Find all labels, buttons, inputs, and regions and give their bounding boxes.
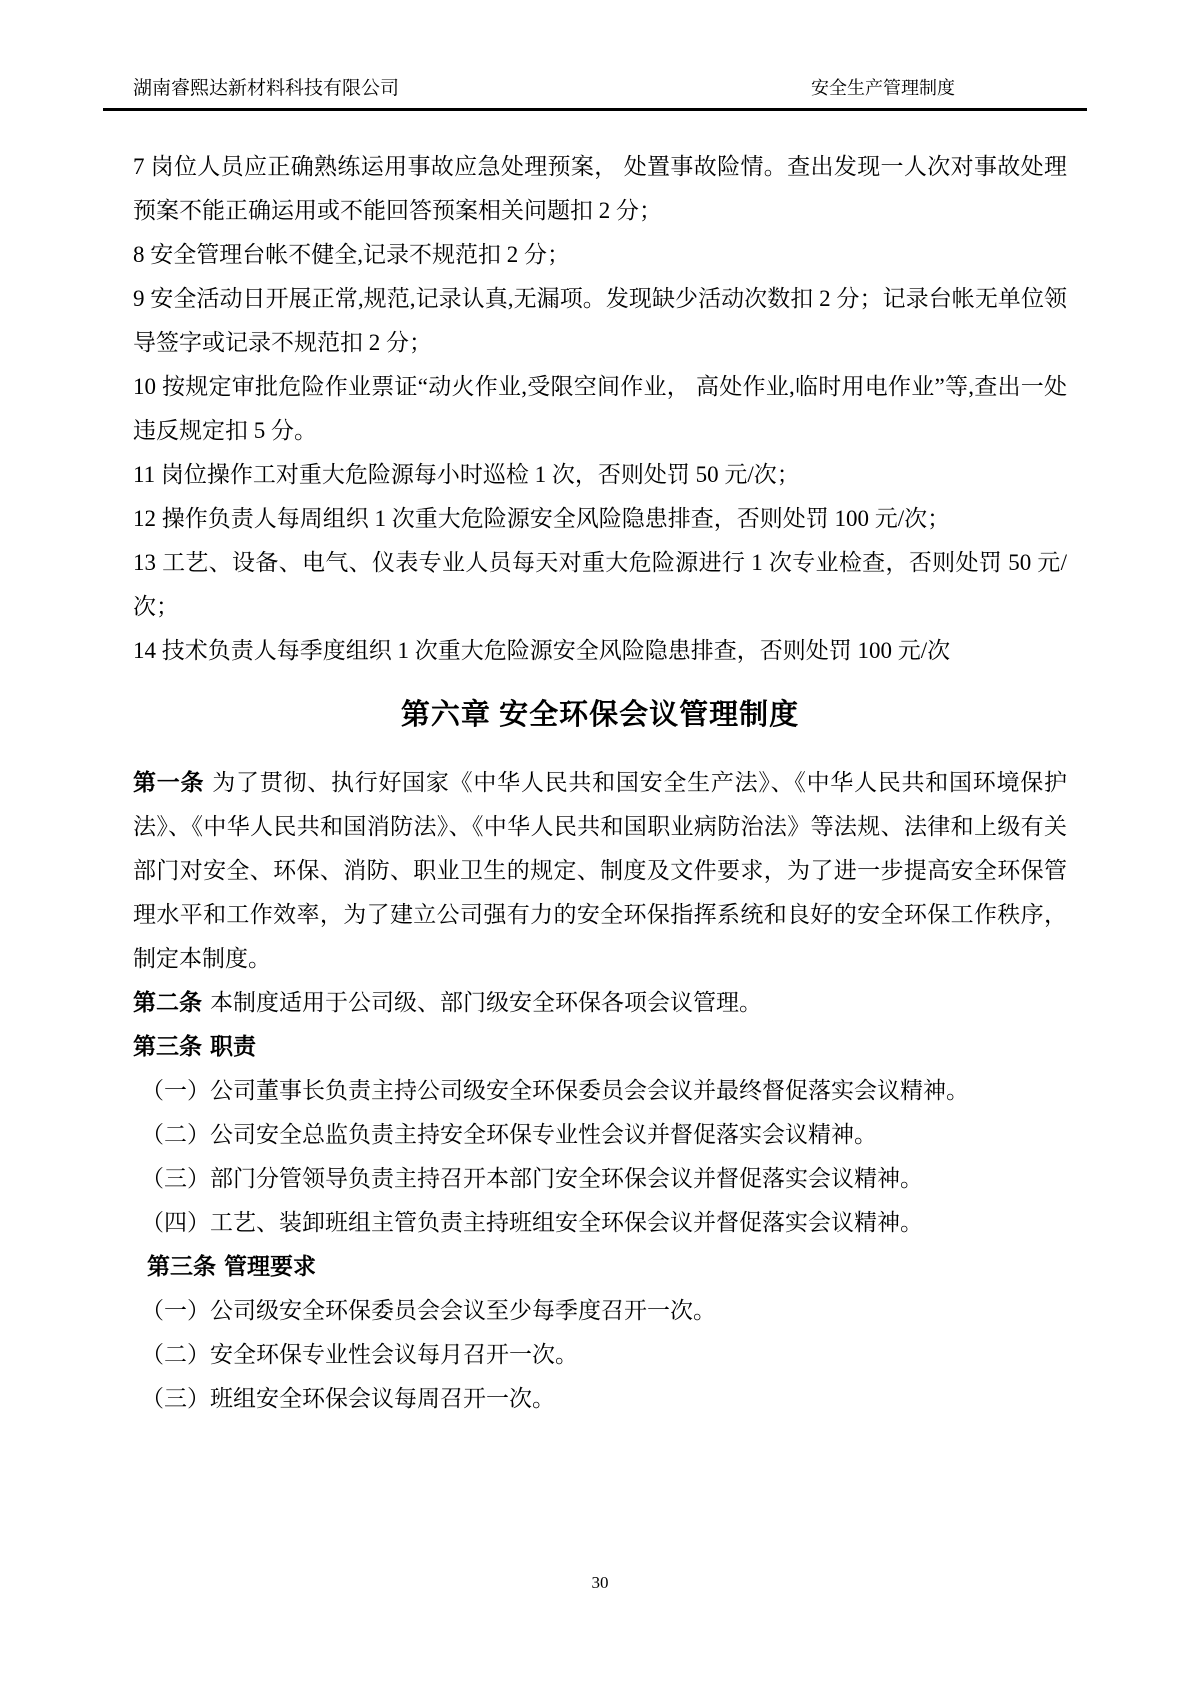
article-4-heading: 第三条管理要求 (133, 1245, 1067, 1289)
article-4-text: 管理要求 (224, 1254, 316, 1279)
document-page: 湖南睿熙达新材料科技有限公司 安全生产管理制度 7 岗位人员应正确熟练运用事故应… (0, 0, 1200, 1697)
document-content: 7 岗位人员应正确熟练运用事故应急处理预案， 处置事故险情。查出发现一人次对事故… (133, 145, 1067, 1421)
article-1: 第一条为了贯彻、执行好国家《中华人民共和国安全生产法》、《中华人民共和国环境保护… (133, 761, 1067, 981)
page-header: 湖南睿熙达新材料科技有限公司 安全生产管理制度 (133, 76, 955, 101)
header-company-name: 湖南睿熙达新材料科技有限公司 (133, 77, 399, 101)
header-rule (103, 108, 1087, 111)
requirement-item: （一）公司级安全环保委员会会议至少每季度召开一次。 (133, 1289, 1067, 1333)
penalty-item: 14 技术负责人每季度组织 1 次重大危险源安全风险隐患排查，否则处罚 100 … (133, 629, 1067, 673)
chapter-title: 第六章 安全环保会议管理制度 (133, 697, 1067, 733)
duty-item-list: （一）公司董事长负责主持公司级安全环保委员会会议并最终督促落实会议精神。（二）公… (133, 1069, 1067, 1245)
article-3-text: 职责 (210, 1034, 256, 1059)
article-1-text: 为了贯彻、执行好国家《中华人民共和国安全生产法》、《中华人民共和国环境保护法》、… (133, 770, 1067, 971)
article-2-label: 第二条 (133, 990, 202, 1015)
duty-item: （二）公司安全总监负责主持安全环保专业性会议并督促落实会议精神。 (133, 1113, 1067, 1157)
penalty-item: 10 按规定审批危险作业票证“动火作业,受限空间作业， 高处作业,临时用电作业”… (133, 365, 1067, 453)
page-footer: 30 (0, 1572, 1200, 1594)
article-3-heading: 第三条职责 (133, 1025, 1067, 1069)
requirement-item: （二）安全环保专业性会议每月召开一次。 (133, 1333, 1067, 1377)
article-2: 第二条本制度适用于公司级、部门级安全环保各项会议管理。 (133, 981, 1067, 1025)
duty-item: （一）公司董事长负责主持公司级安全环保委员会会议并最终督促落实会议精神。 (133, 1069, 1067, 1113)
penalty-item: 9 安全活动日开展正常,规范,记录认真,无漏项。发现缺少活动次数扣 2 分；记录… (133, 277, 1067, 365)
requirement-item-list: （一）公司级安全环保委员会会议至少每季度召开一次。（二）安全环保专业性会议每月召… (133, 1289, 1067, 1421)
penalty-item-list: 7 岗位人员应正确熟练运用事故应急处理预案， 处置事故险情。查出发现一人次对事故… (133, 145, 1067, 673)
article-1-label: 第一条 (133, 770, 204, 795)
requirement-item: （三）班组安全环保会议每周召开一次。 (133, 1377, 1067, 1421)
penalty-item: 8 安全管理台帐不健全,记录不规范扣 2 分； (133, 233, 1067, 277)
page-number: 30 (592, 1573, 609, 1592)
duty-item: （四）工艺、装卸班组主管负责主持班组安全环保会议并督促落实会议精神。 (133, 1201, 1067, 1245)
penalty-item: 7 岗位人员应正确熟练运用事故应急处理预案， 处置事故险情。查出发现一人次对事故… (133, 145, 1067, 233)
penalty-item: 13 工艺、设备、电气、仪表专业人员每天对重大危险源进行 1 次专业检查，否则处… (133, 541, 1067, 629)
article-3-label: 第三条 (133, 1034, 202, 1059)
duty-item: （三）部门分管领导负责主持召开本部门安全环保会议并督促落实会议精神。 (133, 1157, 1067, 1201)
header-doc-title: 安全生产管理制度 (811, 76, 955, 100)
article-4-label: 第三条 (147, 1254, 216, 1279)
article-2-text: 本制度适用于公司级、部门级安全环保各项会议管理。 (210, 990, 762, 1015)
penalty-item: 12 操作负责人每周组织 1 次重大危险源安全风险隐患排查，否则处罚 100 元… (133, 497, 1067, 541)
penalty-item: 11 岗位操作工对重大危险源每小时巡检 1 次，否则处罚 50 元/次； (133, 453, 1067, 497)
